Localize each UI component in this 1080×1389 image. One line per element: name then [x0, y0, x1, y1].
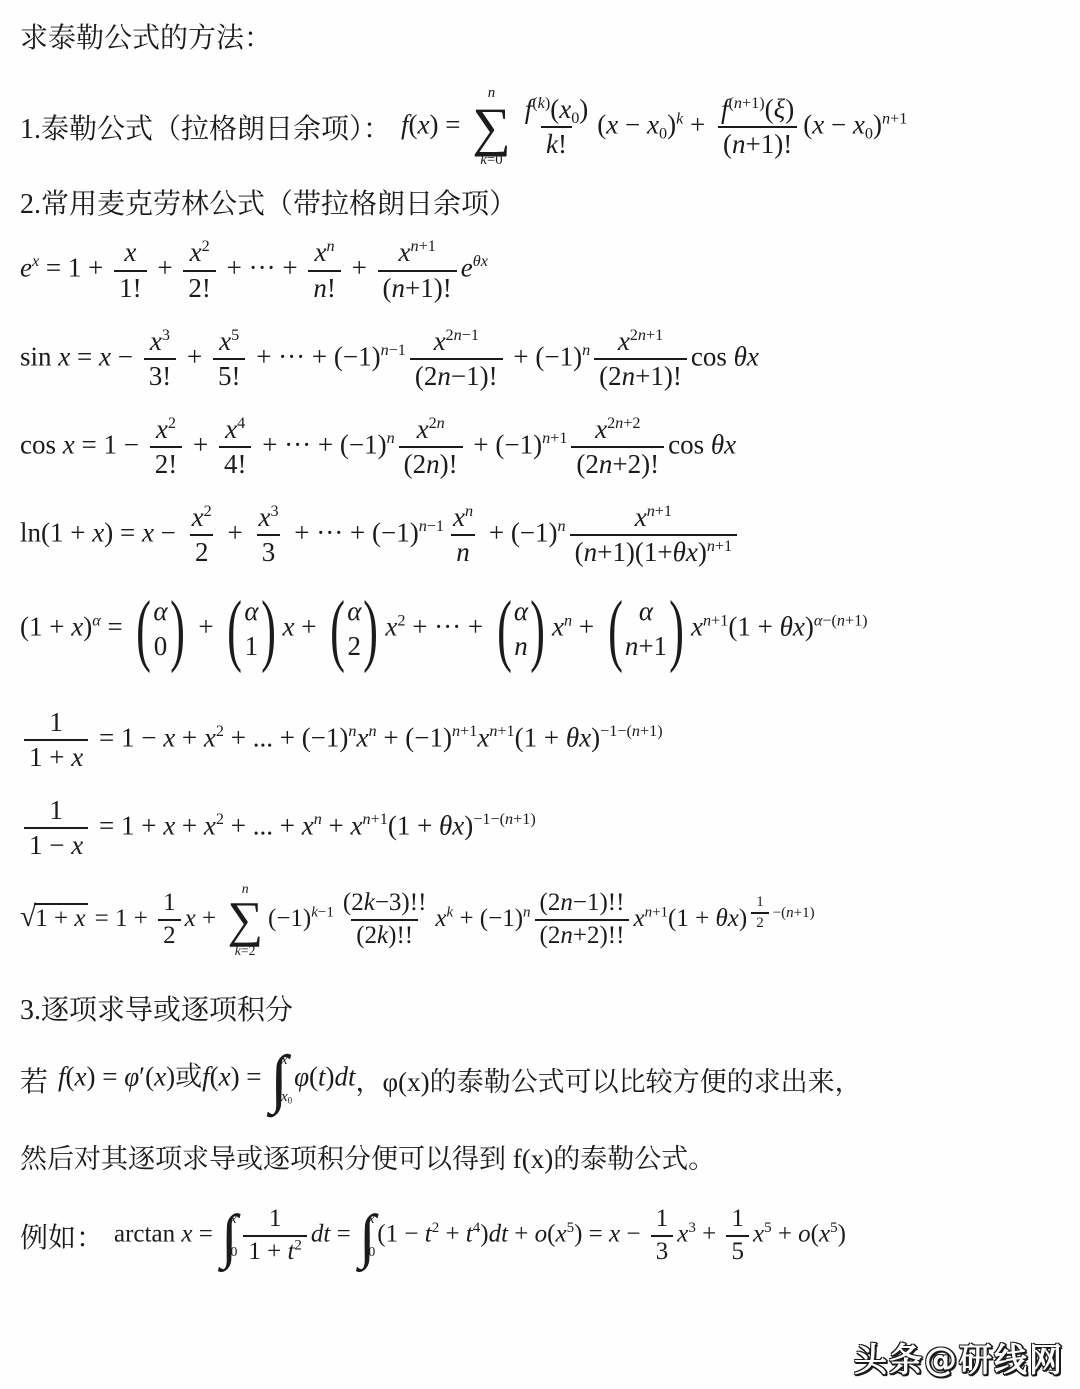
binomial-series-formula: (1 + x)α = (α0) + (α1)x + (α2)x2 + ··· +…: [20, 589, 1066, 670]
document-page: 求泰勒公式的方法： 1.泰勒公式（拉格朗日余项）： f(x) = n∑k=0f(…: [0, 0, 1080, 1268]
fraction: x22!: [183, 236, 216, 304]
integral: ∫x0: [221, 1211, 237, 1262]
section-3-heading: 3.逐项求导或逐项积分: [20, 988, 1066, 1028]
one-over-1plusx-formula: 11 + x = 1 − x + x2 + ... + (−1)nxn + (−…: [20, 706, 1066, 774]
watermark: 头条@研线网: [854, 1334, 1064, 1381]
fraction: xn+1(n+1)(1+θx)n+1: [570, 501, 738, 569]
left-paren: (: [227, 589, 242, 670]
sigma-operator: ∑: [227, 896, 263, 944]
sigma-operator: ∑: [472, 102, 511, 153]
phi-integral-formula: f(x) = φ′(x)或f(x) = ∫xx0φ(t)dt: [58, 1052, 356, 1107]
binomial-coefficient: (αn): [491, 589, 551, 670]
fraction: x44!: [219, 413, 252, 481]
fraction: x1!: [114, 236, 147, 304]
ln-series-formula: ln(1 + x) = x − x22 + x33 + ··· + (−1)n−…: [20, 501, 1066, 569]
fraction: f(n+1)(ξ)(n+1)!: [716, 93, 799, 161]
integral: ∫x0: [359, 1211, 375, 1262]
fraction: 11 + t2: [243, 1204, 307, 1268]
left-paren: (: [137, 589, 152, 670]
fraction: (2n−1)!!(2n+2)!!: [535, 888, 630, 952]
fraction: 11 − x: [24, 794, 88, 862]
right-paren: ): [669, 589, 684, 670]
ruo-prefix: 若: [20, 1060, 48, 1100]
right-paren: ): [261, 589, 276, 670]
example-label: 例如：: [20, 1216, 104, 1256]
sin-series-formula: sin x = x − x33! + x55! + ··· + (−1)n−1x…: [20, 325, 1066, 393]
then-line: 然后对其逐项求导或逐项积分便可以得到 f(x)的泰勒公式。: [20, 1137, 1066, 1176]
fraction: xnn: [448, 501, 478, 569]
integral: ∫xx0: [270, 1052, 292, 1107]
sigma-sum: n∑k=2: [227, 882, 263, 958]
sigma-sum: n∑k=0: [472, 86, 511, 168]
fraction: 12: [158, 888, 181, 952]
binomial-coefficient: (α2): [324, 589, 384, 670]
fraction: 13: [651, 1204, 674, 1268]
left-paren: (: [608, 589, 623, 670]
section-1-heading: 1.泰勒公式（拉格朗日余项）：: [20, 107, 391, 147]
arctan-example-formula: arctan x = ∫x011 + t2dt = ∫x0(1 − t2 + t…: [114, 1204, 846, 1268]
page-title: 求泰勒公式的方法：: [20, 16, 1066, 56]
fraction: xn+1(n+1)!: [378, 236, 457, 304]
fraction: x2n+1(2n+1)!: [594, 325, 687, 393]
fraction: x22: [187, 501, 217, 569]
fraction: 11 + x: [24, 706, 88, 774]
fraction: 15: [726, 1204, 749, 1268]
square-root: √1 + x: [20, 901, 88, 934]
binomial-coefficient: (α0): [130, 589, 190, 670]
one-over-1minusx-formula: 11 − x = 1 + x + x2 + ... + xn + xn+1(1 …: [20, 794, 1066, 862]
fraction: x2n(2n)!: [399, 413, 463, 481]
exp-series-formula: ex = 1 + x1! + x22! + ··· + xnn! + xn+1(…: [20, 236, 1066, 304]
left-paren: (: [497, 589, 512, 670]
fraction: x33!: [144, 325, 177, 393]
fraction: x22!: [150, 413, 183, 481]
left-paren: (: [330, 589, 345, 670]
fraction: x2n−1(2n−1)!: [410, 325, 503, 393]
fraction: x55!: [213, 325, 246, 393]
example-row: 例如： arctan x = ∫x011 + t2dt = ∫x0(1 − t2…: [20, 1204, 1066, 1268]
binomial-coefficient: (α1): [221, 589, 281, 670]
right-paren: ): [530, 589, 545, 670]
section-2-heading: 2.常用麦克劳林公式（带拉格朗日余项）: [20, 182, 1066, 222]
section-1-row: 1.泰勒公式（拉格朗日余项）： f(x) = n∑k=0f(k)(x0)k!(x…: [20, 86, 1066, 168]
cos-series-formula: cos x = 1 − x22! + x44! + ··· + (−1)nx2n…: [20, 413, 1066, 481]
binomial-coefficient: (αn+1): [602, 589, 690, 670]
ruo-suffix: ，φ(x)的泰勒公式可以比较方便的求出来，: [356, 1060, 862, 1099]
right-paren: ): [170, 589, 185, 670]
sqrt-series-formula: √1 + x = 1 + 12x + n∑k=2(−1)k−1(2k−3)!!(…: [20, 882, 1066, 958]
fraction: x2n+2(2n+2)!: [571, 413, 664, 481]
right-paren: ): [363, 589, 378, 670]
fraction: f(k)(x0)k!: [520, 93, 594, 161]
taylor-formula: f(x) = n∑k=0f(k)(x0)k!(x − x0)k + f(n+1)…: [401, 86, 907, 168]
derivation-line: 若 f(x) = φ′(x)或f(x) = ∫xx0φ(t)dt ，φ(x)的泰…: [20, 1052, 1066, 1107]
fraction: 12: [751, 893, 769, 934]
fraction: (2k−3)!!(2k)!!: [338, 888, 432, 952]
fraction: xnn!: [308, 236, 341, 304]
fraction: x33: [253, 501, 283, 569]
